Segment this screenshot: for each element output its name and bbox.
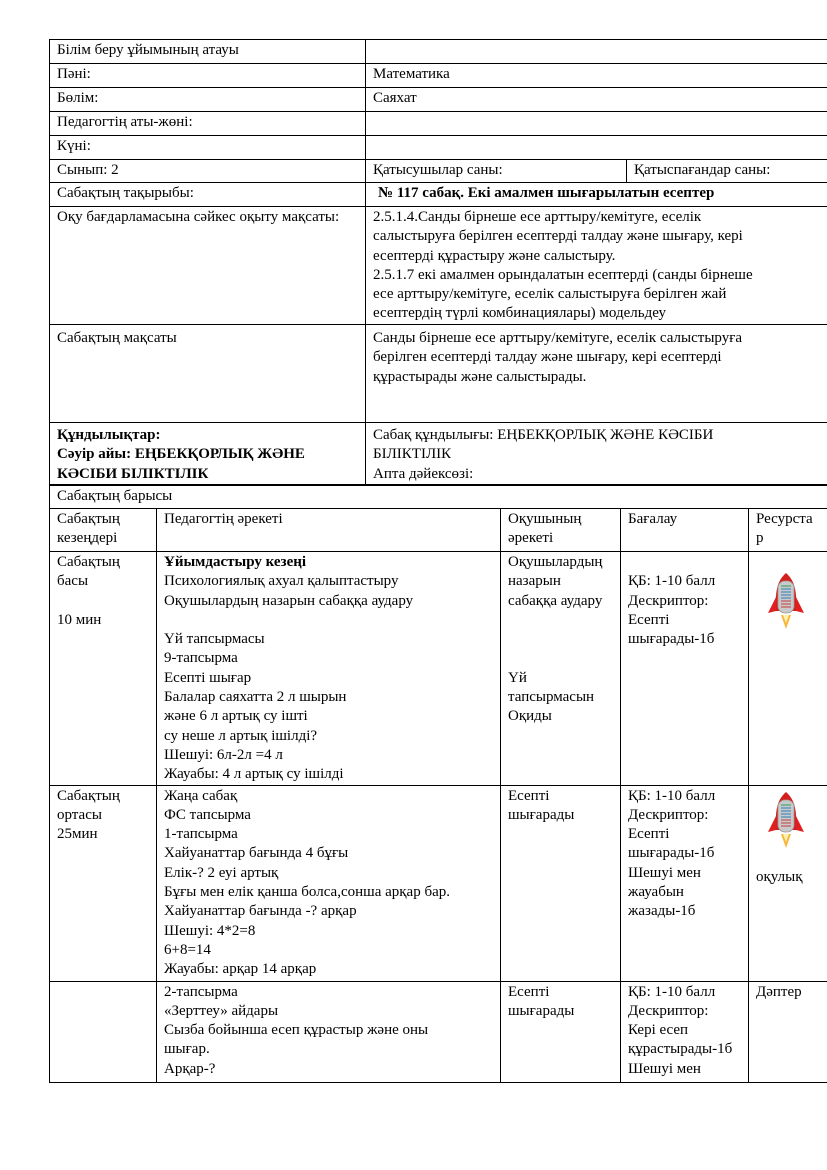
text-line: Есепті [508,787,614,806]
text-line: 2.5.1.7 екі амалмен орындалатын есептерд… [373,266,821,285]
text-line: әрекеті [508,529,614,548]
text-line: ҚБ: 1-10 балл [628,983,742,1002]
text-line: есе арттыру/кемітуге, еселік салыстыруға… [373,285,821,304]
text-line: Жаңа сабақ [164,787,494,806]
text-line: сабаққа аудару [508,592,614,611]
values-label: Құндылықтар:Сәуір айы: ЕҢБЕКҚОРЛЫҚ ЖӘНЕК… [50,423,366,485]
section-value: Саяхат [366,88,827,112]
text-line: р [756,529,821,548]
table-row: 2-тапсырма«Зерттеу» айдарыСызба бойынша … [50,981,827,1082]
text-line: 9-тапсырма [164,649,494,668]
student-action-cell: Есептішығарады [501,785,621,981]
assessment-cell: ҚБ: 1-10 баллДескриптор:Есептішығарады-1… [621,785,749,981]
text-line: есептерді құрастыру және салыстыру. [373,247,821,266]
text-line: Дескриптор: [628,592,742,611]
text-line: ортасы [57,806,150,825]
text-line: ҚБ: 1-10 балл [628,572,742,591]
text-line: Балалар саяхатта 2 л шырын [164,688,494,707]
text-line: Дескриптор: [628,1002,742,1021]
table-row: Сабақтыңортасы25мин Жаңа сабақФС тапсырм… [50,785,827,981]
text-line: Шешуі мен [628,1060,742,1079]
text-line: ФС тапсырма [164,806,494,825]
text-line [164,611,494,630]
topic-label: Сабақтың тақырыбы: [50,183,366,207]
text-line: Сабақтың [57,787,150,806]
column-header-student-action: Оқушыныңәрекеті [501,509,621,552]
text-line: 1-тапсырма [164,825,494,844]
text-line: Оқушылардың [508,553,614,572]
absent-count-label: Қатыспағандар саны: [627,160,827,183]
text-line: Ресурста [756,510,821,529]
column-header-stage: Сабақтыңкезеңдері [50,509,157,552]
assessment-cell: ҚБ: 1-10 баллДескриптор:Есептішығарады-1… [621,552,749,786]
text-line: басы [57,572,150,591]
assessment-cell: ҚБ: 1-10 баллДескриптор:Кері есепқұрасты… [621,981,749,1082]
text-line: Оқушының [508,510,614,529]
text-line: Психологиялық ахуал қалыптастыру [164,572,494,591]
text-line [57,592,150,611]
teacher-value [366,112,827,136]
text-line: Хайуанаттар бағында -? арқар [164,902,494,921]
table-row: Сабақтыңбасы10 мин Ұйымдастыру кезеңі Пс… [50,552,827,786]
resource-textbook: оқулық [756,868,821,887]
objectives-label: Оқу бағдарламасына сәйкес оқыту мақсаты: [50,207,366,325]
text-line: КӘСІБИ БІЛІКТІЛІК [57,465,359,484]
section-label: Бөлім: [50,88,366,112]
text-line: Сабақ құндылығы: ЕҢБЕКҚОРЛЫҚ ЖӘНЕ КӘСІБИ [373,426,821,445]
class-label: Сынып: 2 [50,160,366,183]
text-line: Арқар-? [164,1060,494,1079]
text-line: су неше л артық ішілді? [164,727,494,746]
text-line: кезеңдері [57,529,150,548]
text-line: Бұғы мен елік қанша болса,сонша арқар ба… [164,883,494,902]
text-line: Үй тапсырмасы [164,630,494,649]
text-line: есептердің түрлі комбинациялары) модельд… [373,304,821,323]
text-line: ҚБ: 1-10 балл [628,787,742,806]
text-line: Елік-? 2 еуі артық [164,864,494,883]
text-line: Оқушылардың назарын сабаққа аудару [164,592,494,611]
lesson-header-table: Білім беру ұйымының атауы Пәні: Математи… [49,39,827,485]
text-line: 10 мин [57,611,150,630]
text-line: Педагогтің әрекеті [164,510,494,529]
column-header-resources: Ресурстар [749,509,827,552]
text-line: 25мин [57,825,150,844]
text-line: Сызба бойынша есеп құрастыр және оны [164,1021,494,1040]
text-line: Жауабы: арқар 14 арқар [164,960,494,979]
text-line: БІЛІКТІЛІК [373,445,821,464]
progress-header-row: Сабақтыңкезеңдері Педагогтің әрекеті Оқу… [50,509,827,552]
text-line: шығарады-1б [628,630,742,649]
stage-cell [50,981,157,1082]
text-line: құрастырады-1б [628,1040,742,1059]
lesson-goal-label: Сабақтың мақсаты [50,325,366,423]
resource-notebook: Дәптер [756,984,802,1000]
resources-cell: оқулық [749,785,827,981]
text-line: Есепті [628,611,742,630]
text-line: Шешуі: 4*2=8 [164,922,494,941]
text-line: Шешуі мен [628,864,742,883]
text-line: шығар. [164,1040,494,1059]
text-line: Сабақтың [57,553,150,572]
teacher-label: Педагогтің аты-жөні: [50,112,366,136]
date-value [366,136,827,160]
text-line: Кері есеп [628,1021,742,1040]
text-line: берілген есептерді талдау және шығару, к… [373,348,821,367]
teacher-action-title: Ұйымдастыру кезеңі [164,553,494,572]
text-line: Сабақтың [57,510,150,529]
text-line: Сәуір айы: ЕҢБЕКҚОРЛЫҚ ЖӘНЕ [57,445,359,464]
text-line: Есепті шығар [164,669,494,688]
text-line: Үй [508,669,614,688]
org-name-label: Білім беру ұйымының атауы [50,40,366,64]
text-line: «Зерттеу» айдары [164,1002,494,1021]
column-header-teacher-action: Педагогтің әрекеті [157,509,501,552]
lesson-progress-table: Сабақтың барысы Сабақтыңкезеңдері Педаго… [49,485,827,1083]
student-action-cell: Оқушылардыңназарынсабаққа аударуҮйтапсыр… [501,552,621,786]
subject-value: Математика [366,64,827,88]
text-line: Есепті [508,983,614,1002]
date-label: Күні: [50,136,366,160]
text-line: назарын [508,572,614,591]
text-line: Санды бірнеше есе арттыру/кемітуге, есел… [373,329,821,348]
resources-cell: Дәптер [749,981,827,1082]
text-line [628,553,742,572]
text-line [508,649,614,668]
stage-cell: Сабақтыңбасы10 мин [50,552,157,786]
teacher-action-cell: Жаңа сабақФС тапсырма1-тапсырмаХайуанатт… [157,785,501,981]
subject-label: Пәні: [50,64,366,88]
rocket-icon [765,571,807,633]
text-line: Шешуі: 6л-2л =4 л [164,746,494,765]
text-line: Хайуанаттар бағында 4 бұғы [164,844,494,863]
text-line [508,611,614,630]
text-line: жазады-1б [628,902,742,921]
text-line: шығарады [508,1002,614,1021]
teacher-action-cell: 2-тапсырма«Зерттеу» айдарыСызба бойынша … [157,981,501,1082]
student-action-cell: Есептішығарады [501,981,621,1082]
text-line [508,630,614,649]
text-line: 2.5.1.4.Санды бірнеше есе арттыру/кеміту… [373,208,821,227]
text-line: 2-тапсырма [164,983,494,1002]
stage-cell: Сабақтыңортасы25мин [50,785,157,981]
text-line: Апта дәйексөзі: [373,465,821,484]
progress-title: Сабақтың барысы [50,486,827,509]
resources-cell [749,552,827,786]
text-line: шығарады [508,806,614,825]
text-line: шығарады-1б [628,844,742,863]
rocket-icon [765,790,807,852]
text-line: Жауабы: 4 л артық су ішілді [164,765,494,784]
column-header-assessment: Бағалау [621,509,749,552]
text-line: және 6 л артық су ішті [164,707,494,726]
text-line: Бағалау [628,510,742,529]
org-name-value [366,40,827,64]
text-line: жауабын [628,883,742,902]
text-line: Оқиды [508,707,614,726]
text-line: салыстыруға берілген есептерді талдау жә… [373,227,821,246]
lesson-goal-value: Санды бірнеше есе арттыру/кемітуге, есел… [366,325,827,423]
text-line: Құндылықтар: [57,426,359,445]
teacher-action-text: Психологиялық ахуал қалыптастыруОқушылар… [164,572,494,784]
text-line: құрастырады және салыстырады. [373,368,821,387]
topic-value: № 117 сабақ. Екі амалмен шығарылатын есе… [366,183,827,207]
teacher-action-cell: Ұйымдастыру кезеңі Психологиялық ахуал қ… [157,552,501,786]
values-value: Сабақ құндылығы: ЕҢБЕКҚОРЛЫҚ ЖӘНЕ КӘСІБИ… [366,423,827,485]
text-line: Дескриптор: [628,806,742,825]
text-line: 6+8=14 [164,941,494,960]
text-line: Есепті [628,825,742,844]
text-line: тапсырмасын [508,688,614,707]
present-count-label: Қатысушылар саны: [366,160,627,183]
objectives-value: 2.5.1.4.Санды бірнеше есе арттыру/кеміту… [366,207,827,325]
